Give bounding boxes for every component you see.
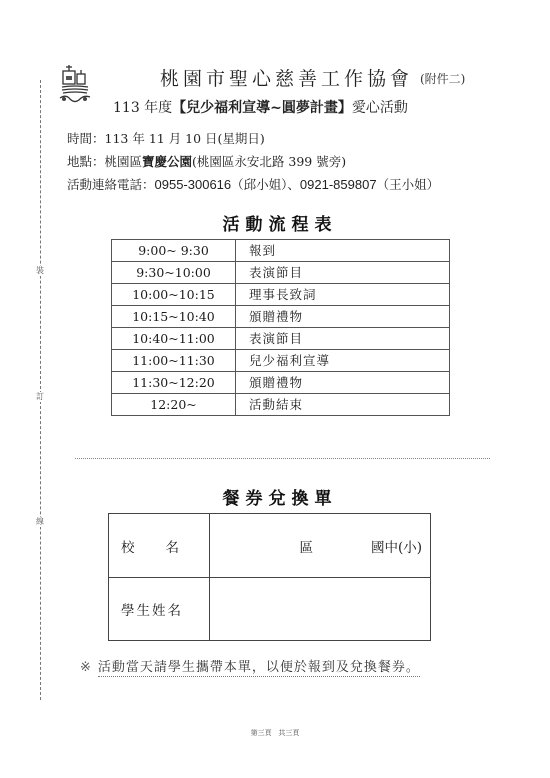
- voucher-heading: 餐券兌換單: [0, 484, 550, 509]
- reminder-note: ※活動當天請學生攜帶本單，以便於報到及兌換餐券。: [80, 656, 420, 675]
- table-row: 10:00~10:15理事長致詞: [112, 284, 450, 306]
- association-logo-icon: [58, 62, 92, 106]
- school-type-label: 國中(小): [371, 536, 422, 556]
- time-label: 時間：: [67, 131, 105, 146]
- schedule-item: 兒少福利宣導: [236, 350, 450, 372]
- schedule-time: 9:30~10:00: [112, 262, 236, 284]
- schedule-heading: 活動流程表: [0, 210, 550, 235]
- schedule-time: 11:00~11:30: [112, 350, 236, 372]
- place-district: 桃園區: [105, 154, 143, 169]
- district-label: 區: [299, 536, 313, 556]
- contact-name-1: （邱小姐）、: [231, 177, 300, 192]
- contact-phone-1: 0955-300616: [155, 177, 232, 192]
- event-year: 113 年度: [113, 100, 172, 116]
- table-row: 11:00~11:30兒少福利宣導: [112, 350, 450, 372]
- page-total: 共三頁: [278, 729, 299, 737]
- table-row: 10:15~10:40頒贈禮物: [112, 306, 450, 328]
- binding-mark: 線: [34, 517, 46, 527]
- organization-title: 桃園市聖心慈善工作協會: [160, 64, 413, 91]
- table-row: 9:30~10:00表演節目: [112, 262, 450, 284]
- schedule-time: 10:40~11:00: [112, 328, 236, 350]
- schedule-item: 表演節目: [236, 262, 450, 284]
- school-name-field[interactable]: 區 國中(小): [210, 514, 431, 578]
- event-title: 113 年度【兒少福利宣導~圓夢計畫】愛心活動: [113, 97, 408, 117]
- binding-mark: 裝: [34, 266, 46, 276]
- page-number: 第三頁: [251, 729, 272, 737]
- event-place: 地點：桃園區寶慶公園(桃園區永安北路 399 號旁): [67, 152, 346, 170]
- student-name-label: 學生姓名: [109, 578, 210, 641]
- table-row: 12:20~活動結束: [112, 394, 450, 416]
- event-program-name: 【兒少福利宣導~圓夢計畫】: [172, 100, 352, 116]
- school-row: 校 名 區 國中(小): [109, 514, 431, 578]
- reminder-text: 活動當天請學生攜帶本單，以便於報到及兌換餐券。: [98, 660, 420, 677]
- table-row: 10:40~11:00表演節目: [112, 328, 450, 350]
- voucher-form-table: 校 名 區 國中(小) 學生姓名: [108, 513, 431, 641]
- table-row: 9:00~ 9:30報到: [112, 240, 450, 262]
- school-name-label: 校 名: [109, 514, 210, 578]
- schedule-table: 9:00~ 9:30報到 9:30~10:00表演節目 10:00~10:15理…: [111, 239, 450, 416]
- schedule-item: 頒贈禮物: [236, 372, 450, 394]
- attachment-label: (附件二): [420, 70, 465, 87]
- schedule-item: 活動結束: [236, 394, 450, 416]
- event-contact: 活動連絡電話：0955-300616（邱小姐）、0921-859807（王小姐）: [67, 175, 439, 193]
- table-row: 11:30~12:20頒贈禮物: [112, 372, 450, 394]
- schedule-item: 報到: [236, 240, 450, 262]
- schedule-item: 表演節目: [236, 328, 450, 350]
- page-footer: 第三頁 共三頁: [0, 728, 550, 738]
- binding-line: [40, 80, 41, 700]
- place-label: 地點：: [67, 154, 105, 169]
- schedule-time: 12:20~: [112, 394, 236, 416]
- schedule-time: 9:00~ 9:30: [112, 240, 236, 262]
- event-title-suffix: 愛心活動: [352, 100, 408, 116]
- contact-phone-2: 0921-859807: [300, 177, 377, 192]
- schedule-time: 11:30~12:20: [112, 372, 236, 394]
- student-name-field[interactable]: [210, 578, 431, 641]
- schedule-time: 10:15~10:40: [112, 306, 236, 328]
- binding-mark: 訂: [34, 392, 46, 402]
- contact-name-2: （王小姐）: [377, 177, 440, 192]
- schedule-item: 頒贈禮物: [236, 306, 450, 328]
- place-address: (桃園區永安北路 399 號旁): [192, 154, 346, 169]
- schedule-time: 10:00~10:15: [112, 284, 236, 306]
- event-time: 時間：113 年 11 月 10 日(星期日): [67, 129, 265, 147]
- place-park: 寶慶公園: [142, 154, 192, 169]
- cut-line-divider: [75, 458, 490, 459]
- time-value: 113 年 11 月 10 日(星期日): [105, 131, 265, 146]
- student-row: 學生姓名: [109, 578, 431, 641]
- schedule-item: 理事長致詞: [236, 284, 450, 306]
- contact-label: 活動連絡電話：: [67, 177, 155, 192]
- reference-mark-icon: ※: [80, 660, 92, 675]
